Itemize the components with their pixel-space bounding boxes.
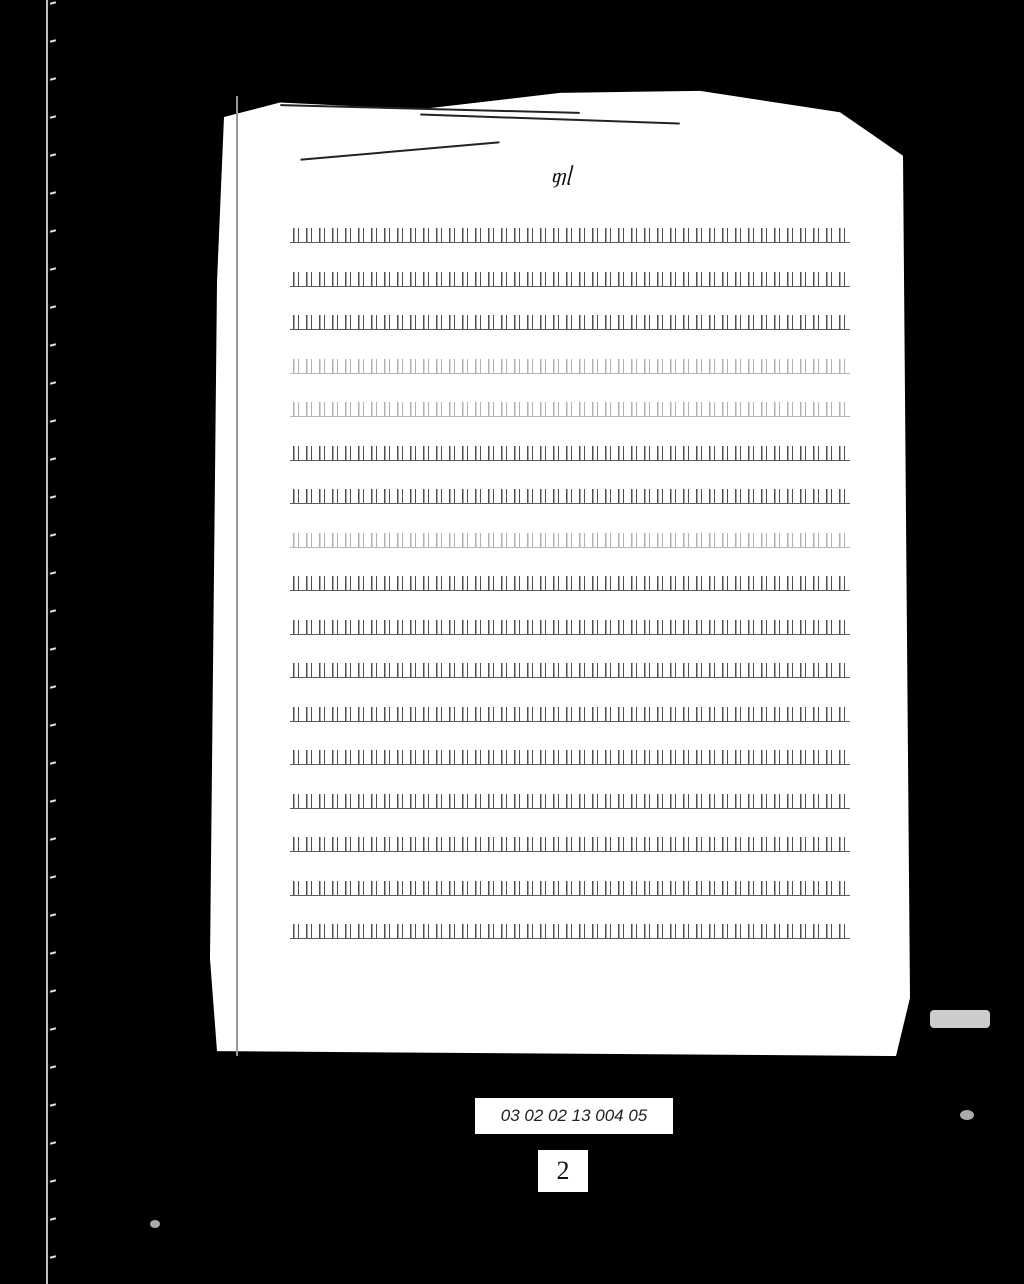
ruler-tick <box>50 495 56 498</box>
ruler-tick <box>50 875 56 878</box>
manuscript-line <box>290 641 850 685</box>
ruler-tick <box>50 647 56 650</box>
ruler-tick <box>50 1179 56 1182</box>
ruler-tick <box>50 837 56 840</box>
manuscript-line <box>290 424 850 468</box>
handwritten-script <box>290 837 850 852</box>
handwritten-script <box>290 881 850 896</box>
ruler-tick <box>50 1103 56 1106</box>
ruler-tick <box>50 267 56 270</box>
manuscript-line <box>290 511 850 555</box>
ruler-tick <box>50 305 56 308</box>
ruler-tick <box>50 1027 56 1030</box>
folio-number: ᥞᥣ <box>550 166 571 191</box>
handwritten-script <box>290 446 850 461</box>
manuscript-line <box>290 902 850 946</box>
debris-speck <box>960 1110 974 1120</box>
manuscript-line <box>290 859 850 903</box>
handwritten-script <box>290 663 850 678</box>
manuscript-line <box>290 206 850 250</box>
ruler-tick <box>50 799 56 802</box>
handwritten-script <box>290 402 850 417</box>
ruler-tick <box>50 1141 56 1144</box>
handwritten-script <box>290 228 850 243</box>
handwritten-script <box>290 707 850 722</box>
ruler-tick <box>50 115 56 118</box>
manuscript-line <box>290 554 850 598</box>
ruler-tick <box>50 1 56 4</box>
debris-speck <box>930 1010 990 1028</box>
debris-speck <box>150 1220 160 1228</box>
ruler-tick <box>50 609 56 612</box>
manuscript-line <box>290 293 850 337</box>
ruler-tick <box>50 1065 56 1068</box>
ruler-tick <box>50 951 56 954</box>
ruler-tick <box>50 39 56 42</box>
handwritten-script <box>290 359 850 374</box>
ruler-tick <box>50 229 56 232</box>
manuscript-line <box>290 685 850 729</box>
page-fold-line <box>236 96 238 1056</box>
manuscript-line <box>290 380 850 424</box>
ruler-tick <box>50 457 56 460</box>
ruler-tick <box>50 343 56 346</box>
handwritten-script <box>290 750 850 765</box>
manuscript-line <box>290 815 850 859</box>
archive-reference-label: 03 02 02 13 004 05 <box>475 1098 673 1134</box>
ruler-tick <box>50 1217 56 1220</box>
manuscript-text-block <box>290 206 850 946</box>
manuscript-line <box>290 467 850 511</box>
ruler-tick <box>50 913 56 916</box>
ruler-tick <box>50 989 56 992</box>
ruler-tick <box>50 571 56 574</box>
manuscript-line <box>290 598 850 642</box>
manuscript-line <box>290 250 850 294</box>
ruler-tick <box>50 77 56 80</box>
ruler-tick <box>50 1255 56 1258</box>
ruler-tick <box>50 381 56 384</box>
handwritten-script <box>290 315 850 330</box>
handwritten-script <box>290 489 850 504</box>
handwritten-script <box>290 794 850 809</box>
ruler-tick <box>50 191 56 194</box>
ruler-tick <box>50 685 56 688</box>
handwritten-script <box>290 533 850 548</box>
manuscript-line <box>290 337 850 381</box>
ruler-tick <box>50 533 56 536</box>
handwritten-script <box>290 272 850 287</box>
manuscript-line <box>290 772 850 816</box>
handwritten-script <box>290 576 850 591</box>
image-number-label: 2 <box>538 1150 588 1192</box>
handwritten-script <box>290 924 850 939</box>
ruler-tick <box>50 419 56 422</box>
ruler-tick <box>50 723 56 726</box>
handwritten-script <box>290 620 850 635</box>
ruler-tick <box>50 153 56 156</box>
scan-ruler-line <box>46 0 48 1284</box>
ruler-tick <box>50 761 56 764</box>
manuscript-line <box>290 728 850 772</box>
